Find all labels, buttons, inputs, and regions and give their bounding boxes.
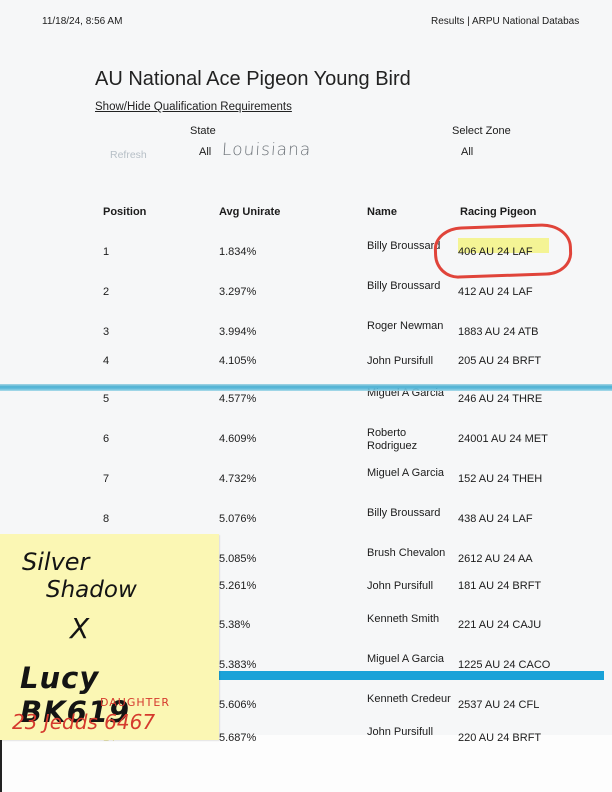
position-cell: 8 xyxy=(103,513,109,526)
sticky-note-line: Silver xyxy=(22,548,89,576)
zone-select[interactable]: All xyxy=(461,146,473,158)
blue-line-annotation xyxy=(0,384,612,391)
avg-unirate-cell: 3.297% xyxy=(219,286,256,299)
avg-unirate-cell: 5.38% xyxy=(219,619,250,632)
racing-pigeon-cell: 220 AU 24 BRFT xyxy=(458,732,541,745)
racing-pigeon-cell: 205 AU 24 BRFT xyxy=(458,355,541,368)
racing-pigeon-cell: 24001 AU 24 MET xyxy=(458,433,548,446)
avg-unirate-cell: 4.609% xyxy=(219,433,256,446)
owner-name-cell: Billy Broussard xyxy=(367,507,457,520)
qualification-toggle-link[interactable]: Show/Hide Qualification Requirements xyxy=(95,101,292,113)
racing-pigeon-cell: 2612 AU 24 AA xyxy=(458,553,533,566)
avg-unirate-cell: 4.577% xyxy=(219,393,256,406)
racing-pigeon-cell: 246 AU 24 THRE xyxy=(458,393,542,406)
avg-unirate-cell: 5.085% xyxy=(219,553,256,566)
position-cell: 3 xyxy=(103,326,109,339)
owner-name-cell: Miguel A Garcia xyxy=(367,467,457,480)
avg-unirate-cell: 5.261% xyxy=(219,580,256,593)
print-date: 11/18/24, 8:56 AM xyxy=(42,16,122,27)
owner-name-cell: Kenneth Credeur xyxy=(367,693,457,706)
avg-unirate-cell: 3.994% xyxy=(219,326,256,339)
owner-name-cell: Miguel A Garcia xyxy=(367,653,457,666)
owner-name-cell: John Pursifull xyxy=(367,726,457,739)
page-title: AU National Ace Pigeon Young Bird xyxy=(95,68,411,91)
owner-name-cell: John Pursifull xyxy=(367,580,457,593)
state-select[interactable]: All xyxy=(199,146,211,158)
avg-unirate-cell: 5.076% xyxy=(219,513,256,526)
owner-name-cell: Kenneth Smith xyxy=(367,613,457,626)
owner-name-cell: Billy Broussard xyxy=(367,280,457,293)
position-cell: 1 xyxy=(103,246,109,259)
racing-pigeon-cell: 438 AU 24 LAF xyxy=(458,513,533,526)
racing-pigeon-cell: 1883 AU 24 ATB xyxy=(458,326,539,339)
avg-unirate-cell: 4.105% xyxy=(219,355,256,368)
owner-name-cell: Roger Newman xyxy=(367,320,457,333)
avg-unirate-cell: 4.732% xyxy=(219,473,256,486)
column-header-avg-unirate: Avg Unirate xyxy=(219,206,280,218)
avg-unirate-cell: 5.606% xyxy=(219,699,256,712)
avg-unirate-cell: 5.687% xyxy=(219,732,256,745)
sticky-note-line: Shadow xyxy=(46,577,137,603)
scan-edge xyxy=(0,735,2,792)
owner-name-cell: Roberto Rodriguez xyxy=(367,427,457,453)
blue-line-annotation xyxy=(218,671,604,680)
owner-name-cell: Brush Chevalon xyxy=(367,547,457,560)
column-header-racing-pigeon: Racing Pigeon xyxy=(460,206,536,218)
print-title: Results | ARPU National Databas xyxy=(431,16,579,27)
racing-pigeon-cell: 412 AU 24 LAF xyxy=(458,286,533,299)
avg-unirate-cell: 1.834% xyxy=(219,246,256,259)
red-circle-annotation xyxy=(433,223,573,280)
sticky-note-line: X xyxy=(70,612,89,645)
racing-pigeon-cell: 2537 AU 24 CFL xyxy=(458,699,539,712)
position-cell: 5 xyxy=(103,393,109,406)
racing-pigeon-cell: 221 AU 24 CAJU xyxy=(458,619,541,632)
refresh-button[interactable]: Refresh xyxy=(110,149,147,161)
column-header-position: Position xyxy=(103,206,146,218)
position-cell: 4 xyxy=(103,355,109,368)
racing-pigeon-cell: 181 AU 24 BRFT xyxy=(458,580,541,593)
racing-pigeon-cell: 152 AU 24 THEH xyxy=(458,473,542,486)
position-cell: 6 xyxy=(103,433,109,446)
sticky-note-line: 23 Jedds 6467 xyxy=(12,710,155,734)
position-cell: 2 xyxy=(103,286,109,299)
column-header-name: Name xyxy=(367,206,397,218)
zone-label: Select Zone xyxy=(452,125,511,137)
sticky-note-line: DAUGHTER xyxy=(100,696,170,709)
sticky-note: Silver Shadow X Lucy BK619 DAUGHTER 23 J… xyxy=(0,534,219,740)
owner-name-cell: John Pursifull xyxy=(367,355,457,368)
state-label: State xyxy=(190,125,216,137)
handwritten-state-note: Louisiana xyxy=(221,140,312,160)
position-cell: 7 xyxy=(103,473,109,486)
